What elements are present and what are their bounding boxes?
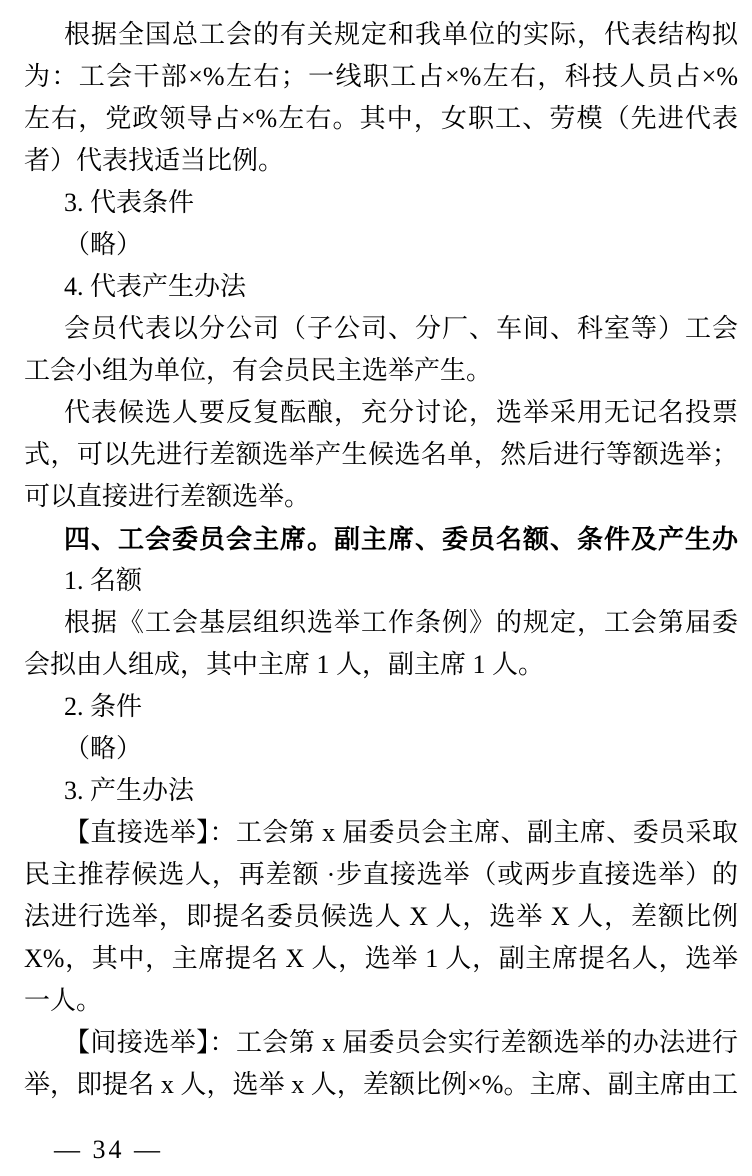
numbered-item: 1. 名额 — [24, 560, 738, 602]
numbered-item: 2. 条件 — [24, 686, 738, 728]
paragraph-line: 民主推荐候选人，再差额 ·步直接选举（或两步直接选举）的办 — [24, 854, 738, 896]
paragraph-line: 左右，党政领导占×%左右。其中，女职工、劳模（先进代表 — [24, 98, 738, 140]
numbered-item: 3. 产生办法 — [24, 770, 738, 812]
paragraph-line: 根据全国总工会的有关规定和我单位的实际，代表结构拟定 — [24, 14, 738, 56]
paragraph-line: 为：工会干部×%左右；一线职工占×%左右，科技人员占×% — [24, 56, 738, 98]
paragraph-line: X%，其中，主席提名 X 人，选举 1 人，副主席提名人，选举 — [24, 938, 738, 980]
paragraph-line: 【直接选举】：工会第 x 届委员会主席、副主席、委员采取先 — [24, 812, 738, 854]
paragraph-line: 代表候选人要反复酝酿，充分讨论，选举采用无记名投票方 — [24, 392, 738, 434]
document-page: 根据全国总工会的有关规定和我单位的实际，代表结构拟定 为：工会干部×%左右；一线… — [0, 0, 752, 1176]
paragraph-line: 【间接选举】：工会第 x 届委员会实行差额选举的办法进行选 — [24, 1022, 738, 1064]
section-heading: 四、工会委员会主席。副主席、委员名额、条件及产生办法 — [24, 518, 738, 560]
numbered-item: 4. 代表产生办法 — [24, 266, 738, 308]
paragraph-line: 会员代表以分公司（子公司、分厂、车间、科室等）工会或 — [24, 308, 738, 350]
page-number: — 34 — — [24, 1129, 738, 1171]
paragraph-line: 举，即提名 x 人，选举 x 人，差额比例×%。主席、副主席由工 — [24, 1064, 738, 1106]
paragraph-line: 根据《工会基层组织选举工作条例》的规定，工会第届委员 — [24, 602, 738, 644]
paragraph-line: 会拟由人组成，其中主席 1 人，副主席 1 人。 — [24, 644, 738, 686]
numbered-item: 3. 代表条件 — [24, 182, 738, 224]
paragraph-line: 者）代表找适当比例。 — [24, 140, 738, 182]
paragraph-line: 一人。 — [24, 980, 738, 1022]
paragraph-line: 可以直接进行差额选举。 — [24, 476, 738, 518]
omitted-note: （略） — [24, 224, 738, 266]
paragraph-line: 式，可以先进行差额选举产生候选名单，然后进行等额选举；也 — [24, 434, 738, 476]
paragraph-line: 法进行选举，即提名委员候选人 X 人，选举 X 人，差额比例 — [24, 896, 738, 938]
omitted-note: （略） — [24, 728, 738, 770]
paragraph-line: 工会小组为单位，有会员民主选举产生。 — [24, 350, 738, 392]
